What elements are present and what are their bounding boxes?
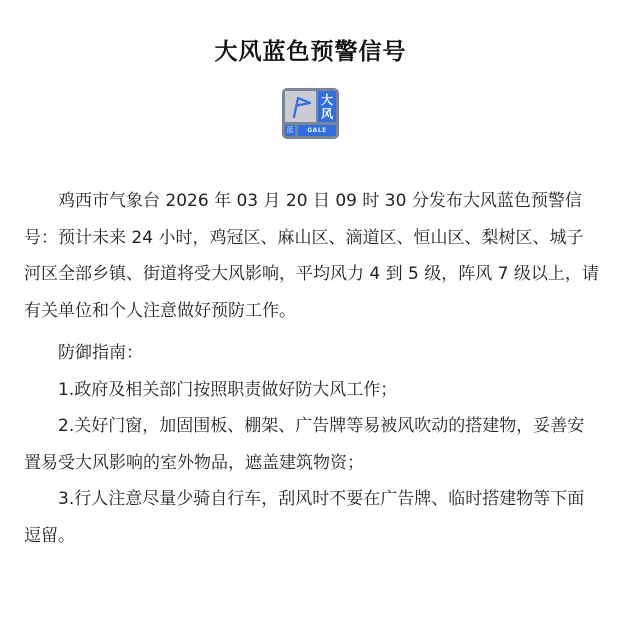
badge-top-row: 大 风: [285, 91, 336, 122]
badge-label-top: 大: [321, 93, 333, 107]
gale-blue-warning-badge: 大 风 蓝 GALE: [282, 88, 339, 139]
guide-item: 2.关好门窗，加固围板、棚架、广告牌等易被风吹动的搭建物，妥善安置易受大风影响的…: [24, 408, 599, 481]
wind-flag-icon: [285, 91, 316, 122]
warning-body: 鸡西市气象台 2026 年 03 月 20 日 09 时 30 分发布大风蓝色预…: [24, 183, 599, 554]
badge-label-bottom: 风: [321, 107, 333, 121]
intro-paragraph: 鸡西市气象台 2026 年 03 月 20 日 09 时 30 分发布大风蓝色预…: [24, 183, 599, 329]
guide-item: 3.行人注意尽量少骑自行车，刮风时不要在广告牌、临时搭建物等下面逗留。: [24, 481, 599, 554]
guide-heading: 防御指南：: [24, 335, 599, 372]
warning-page: 大风蓝色预警信号 大 风 蓝 GALE 鸡西市气象台 2026 年 03 月 2…: [0, 0, 621, 643]
guide-item: 1.政府及相关部门按照职责做好防大风工作；: [24, 372, 599, 409]
badge-color-label: 蓝: [285, 125, 295, 136]
badge-bottom-row: 蓝 GALE: [285, 125, 336, 136]
page-title: 大风蓝色预警信号: [0, 33, 621, 66]
badge-english-label: GALE: [298, 125, 336, 136]
badge-label-panel: 大 风: [318, 91, 336, 122]
